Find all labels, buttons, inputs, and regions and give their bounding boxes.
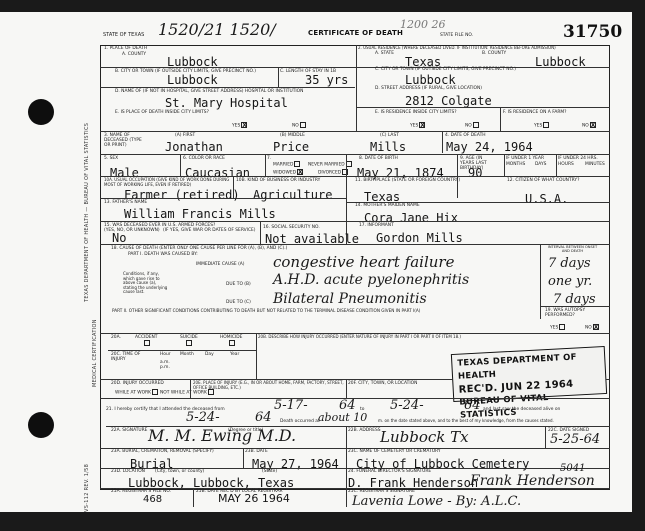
- residence-county-label: b. COUNTY: [482, 51, 506, 56]
- last-seen-date: 5-24-: [186, 410, 220, 425]
- days-label: Days: [535, 162, 546, 167]
- ampm-label: a.m. p.m.: [160, 360, 170, 370]
- father-name: William Francis Mills: [124, 207, 276, 221]
- residence-city: Lubbock: [405, 73, 456, 87]
- age: 90: [468, 166, 482, 180]
- minutes-label: Minutes: [585, 162, 605, 167]
- suicide-checkbox[interactable]: SUICIDE: [180, 335, 198, 347]
- interval-b: one yr.: [548, 274, 592, 289]
- length-of-stay: 35 yrs: [305, 73, 348, 87]
- while-at-work[interactable]: WHILE AT WORK: [115, 389, 158, 396]
- residence-limits-no[interactable]: NO: [465, 122, 479, 129]
- cause-label: 18. CAUSE OF DEATH (Enter only one cause…: [111, 246, 287, 251]
- marital-divorced[interactable]: Divorced: [318, 169, 348, 176]
- day-label: Day: [205, 352, 214, 357]
- injury-city-label: 20f. CITY, TOWN, OR LOCATION: [348, 381, 417, 386]
- department-side-text: TEXAS DEPARTMENT OF HEALTH — BUREAU OF V…: [84, 123, 90, 302]
- death-inside-limits-label: e. IS PLACE OF DEATH INSIDE CITY LIMITS?: [115, 110, 209, 115]
- death-date: May 24, 1964: [446, 140, 533, 154]
- cemetery-label: 23c. NAME OF CEMETERY OR CREMATORY: [348, 449, 441, 454]
- armed-war-label: (If yes, give war or dates of service): [163, 228, 256, 233]
- interval-c: 7 days: [553, 292, 596, 307]
- death-time: about 10: [318, 411, 367, 424]
- farm-yes[interactable]: YES: [534, 122, 549, 129]
- industry-label: 10b. KIND OF BUSINESS OR INDUSTRY: [236, 178, 320, 183]
- autopsy-yes[interactable]: YES: [550, 324, 565, 331]
- physician-signature-label: 22a. SIGNATURE: [111, 428, 147, 433]
- burial-type-label: 23a. BURIAL, CREMATION, REMOVAL (Specify…: [111, 449, 214, 454]
- time-of-injury-label: 20c. TIME OF INJURY: [111, 352, 141, 362]
- death-inside-limits-yes[interactable]: YESX: [232, 122, 247, 129]
- hospital-label: d. NAME OF (If not in hospital, give str…: [115, 89, 303, 94]
- autopsy-label: 19. WAS AUTOPSY PERFORMED?: [545, 308, 605, 318]
- attended-from: 5-17-: [274, 398, 308, 413]
- first-name-label: (a) First: [175, 133, 195, 138]
- residence-limits-yes[interactable]: YESX: [410, 122, 425, 129]
- hospital-name: St. Mary Hospital: [165, 96, 288, 110]
- residence-city-label: c. CITY OR TOWN (If outside city limits,…: [375, 67, 516, 72]
- death-occurred-label: Death occurred at: [280, 419, 320, 424]
- received-stamp: TEXAS DEPARTMENT OF HEALTH REC'D. JUN 22…: [451, 346, 607, 402]
- last-seen-label: and last saw the deceased alive on: [483, 407, 560, 412]
- place-of-injury-label: 20e. PLACE OF INJURY (e.g., in or about …: [193, 381, 348, 390]
- attended-to: 5-24-: [390, 398, 424, 413]
- certify-tail: m. on the date stated above, and to the …: [378, 419, 554, 424]
- street-address: 2812 Colgate: [405, 94, 492, 108]
- registrar-date: MAY 26 1964: [218, 492, 290, 505]
- state-file-number: 31750: [563, 22, 622, 42]
- middle-name-label: (b) Middle: [280, 133, 305, 138]
- ssn-label: 16. SOCIAL SECURITY NO.: [263, 225, 320, 230]
- residence-label: 2. USUAL RESIDENCE (Where deceased lived…: [358, 46, 556, 51]
- burial-date-label: 23b. DATE: [245, 449, 268, 454]
- informant-label: 17. INFORMANT: [359, 223, 394, 228]
- last-seen-year: 64: [255, 410, 272, 425]
- medical-certification-side-text: MEDICAL CERTIFICATION: [92, 319, 98, 387]
- mother-label: 14. MOTHER'S MAIDEN NAME: [355, 203, 420, 208]
- burial-location-label: 23d. LOCATION: [111, 469, 145, 474]
- certificate-title: CERTIFICATE OF DEATH: [308, 29, 403, 37]
- immediate-cause-label: IMMEDIATE CAUSE (a): [196, 262, 245, 267]
- residence-inside-limits-label: e. IS RESIDENCE INSIDE CITY LIMITS?: [375, 110, 457, 115]
- place-of-death-label: 1. PLACE OF DEATH: [104, 46, 147, 51]
- state-label: STATE OF TEXAS: [103, 33, 144, 39]
- industry: Agriculture: [253, 188, 332, 202]
- last-name: Mills: [370, 140, 406, 154]
- part2-label: PART II. OTHER SIGNIFICANT CONDITIONS CO…: [112, 309, 420, 314]
- first-name: Jonathan: [165, 140, 223, 154]
- date-signed: 5-25-64: [550, 432, 600, 447]
- due-to-c: Bilateral Pneumonitis: [273, 291, 427, 307]
- injury-occurred-label: 20d. INJURY OCCURRED: [111, 381, 164, 386]
- degree-label: (Degree or title): [228, 428, 263, 433]
- death-inside-limits-no[interactable]: NO: [292, 122, 306, 129]
- describe-injury-label: 20b. DESCRIBE HOW INJURY OCCURRED (Enter…: [258, 335, 461, 340]
- autopsy-no[interactable]: NOX: [585, 324, 599, 331]
- month-label: Month: [180, 352, 194, 357]
- occupation-label: 10a. USUAL OCCUPATION (Give kind of work…: [104, 178, 234, 187]
- registrar-file-no: 468: [143, 494, 162, 505]
- middle-name: Price: [273, 140, 309, 154]
- farm-no[interactable]: NOX: [582, 122, 596, 129]
- father-label: 13. FATHER'S NAME: [104, 200, 147, 205]
- birth-date-label: 8. DATE OF BIRTH: [359, 156, 398, 161]
- under-year-label: IF UNDER 1 YEAR: [506, 156, 544, 161]
- race-label: 6. COLOR OR RACE: [183, 156, 225, 161]
- registrar-signature: Lavenia Lowe - By: A.L.C.: [352, 494, 521, 509]
- marital-label: 7.: [267, 156, 271, 161]
- birthplace-label: 11. BIRTHPLACE (State or foreign country…: [355, 178, 460, 183]
- homicide-checkbox[interactable]: HOMICIDE: [220, 335, 242, 347]
- punch-hole-top: [28, 99, 54, 125]
- sex-label: 5. SEX: [104, 156, 118, 161]
- interval-label: INTERVAL BETWEEN ONSET AND DEATH: [545, 245, 600, 253]
- physician-address-label: 22b. ADDRESS: [348, 428, 381, 433]
- farm-label: f. IS RESIDENCE ON A FARM?: [503, 110, 567, 115]
- interval-a: 7 days: [548, 256, 591, 271]
- handwritten-refs: 1520/21 1520/: [158, 20, 276, 39]
- death-county-label: a. COUNTY: [122, 52, 146, 57]
- punch-hole-bottom: [28, 412, 54, 438]
- pencil-note: 1200 26: [400, 18, 446, 31]
- state-file-no-label: STATE FILE NO.: [440, 33, 473, 38]
- citizen: U.S.A.: [525, 192, 568, 206]
- last-name-label: (c) Last: [380, 133, 399, 138]
- conditions-note: Conditions, if any, which gave rise to a…: [123, 272, 171, 295]
- funeral-note: 5041: [560, 463, 585, 474]
- hour-label: Hour: [160, 352, 171, 357]
- marital-married[interactable]: Married: [273, 161, 300, 168]
- informant: Gordon Mills: [376, 231, 463, 245]
- death-date-label: 4. DATE OF DEATH: [445, 133, 486, 138]
- under-24-label: IF UNDER 24 HRS.: [558, 156, 598, 161]
- residence-county: Lubbock: [535, 55, 586, 69]
- funeral-director-label: 24. FUNERAL DIRECTOR'S SIGNATURE: [348, 469, 431, 474]
- funeral-director-signature: Frank Henderson: [470, 473, 595, 489]
- attended-to-year: 64: [464, 398, 481, 413]
- physician-address: Lubbock Tx: [380, 428, 469, 446]
- death-city: Lubbock: [167, 73, 218, 87]
- hours-label: Hours: [558, 162, 574, 167]
- state-sublabel: (State): [262, 469, 277, 474]
- part1-label: PART I. DEATH WAS CAUSED BY:: [128, 252, 198, 257]
- due-b-label: DUE TO (b): [226, 282, 251, 287]
- citizen-label: 12. CITIZEN OF WHAT COUNTRY?: [507, 178, 579, 183]
- location-sublabel: (City, town, or county): [155, 469, 204, 474]
- residence-state-label: a. STATE: [375, 51, 394, 56]
- year-label: Year: [230, 352, 239, 357]
- marital-widowed[interactable]: WidowedX: [273, 169, 303, 176]
- injury-type-label: 20a.: [111, 335, 121, 340]
- accident-checkbox[interactable]: ACCIDENT: [135, 335, 157, 347]
- name-label: 3. NAME OF DECEASED (Type or print): [104, 133, 144, 148]
- immediate-cause: congestive heart failure: [273, 253, 454, 271]
- form-number-side-text: VS-112 REV. 1/58: [84, 464, 90, 512]
- due-c-label: DUE TO (c): [226, 300, 251, 305]
- physician-signature: M. M. Ewing M.D.: [148, 426, 296, 445]
- armed-forces: No: [112, 231, 126, 245]
- street-label: d. STREET ADDRESS (If rural, give locati…: [375, 86, 482, 91]
- due-to-b: A.H.D. acute pyelonephritis: [273, 272, 469, 288]
- months-label: Months: [506, 162, 525, 167]
